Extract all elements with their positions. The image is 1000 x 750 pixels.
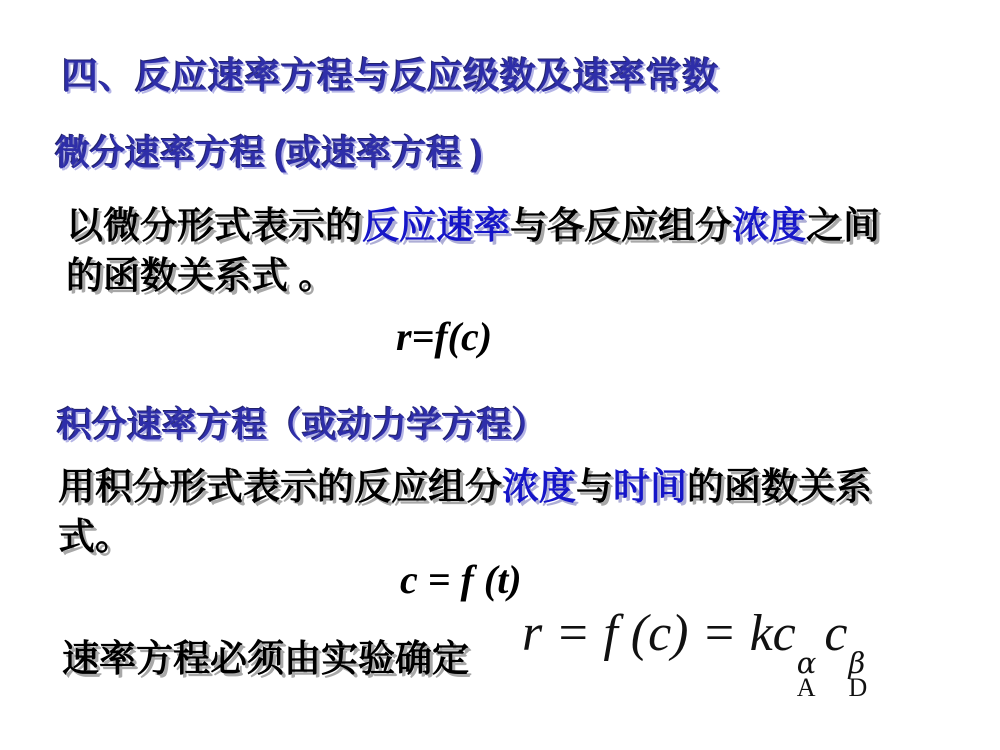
text-segment: 以微分形式表示的	[66, 205, 362, 246]
definition-line-2: 式。	[58, 512, 872, 562]
definition-line-2: 的函数关系式 。	[66, 251, 880, 301]
text-segment: 用积分形式表示的反应组分	[58, 466, 502, 507]
integral-rate-equation-definition: 用积分形式表示的反应组分浓度与时间的函数关系 式。	[58, 462, 872, 562]
beta-superscript: β	[848, 651, 867, 676]
emphasis-reaction-rate: 反应速率	[362, 205, 510, 246]
text-segment: 与各反应组分	[510, 205, 732, 246]
text-segment: 的函数关系式 。	[66, 255, 335, 296]
subscript-A: A	[797, 677, 817, 699]
text-segment: 式。	[58, 516, 132, 557]
definition-line-1: 以微分形式表示的反应速率与各反应组分浓度之间	[66, 201, 880, 251]
integral-rate-equation-heading: 积分速率方程（或动力学方程）	[57, 398, 547, 448]
text-segment: 的函数关系	[687, 466, 872, 507]
definition-line-1: 用积分形式表示的反应组分浓度与时间的函数关系	[58, 462, 872, 512]
rate-law-c1-scripts: αA	[797, 651, 817, 699]
subscript-D: D	[848, 677, 867, 699]
differential-rate-equation-definition: 以微分形式表示的反应速率与各反应组分浓度之间 的函数关系式 。	[66, 201, 880, 301]
rate-law-c2-base: c	[824, 605, 847, 662]
rate-law-lead: r = f (c) = k	[522, 605, 773, 662]
emphasis-time: 时间	[613, 466, 687, 507]
rate-law-c2-scripts: βD	[848, 651, 867, 699]
alpha-superscript: α	[797, 651, 817, 676]
emphasis-concentration: 浓度	[502, 466, 576, 507]
integral-rate-formula: c = f (t)	[400, 556, 522, 603]
rate-law-formula: r = f (c) = kcαAcβD	[522, 604, 875, 699]
slide-title: 四、反应速率方程与反应级数及速率常数	[62, 48, 719, 99]
text-segment: 之间	[806, 205, 880, 246]
differential-rate-equation-heading: 微分速率方程 (或速率方程 )	[55, 126, 483, 176]
differential-rate-formula: r=f(c)	[396, 313, 492, 360]
slide-canvas: 四、反应速率方程与反应级数及速率常数 微分速率方程 (或速率方程 ) 以微分形式…	[0, 0, 1000, 750]
text-segment: 与	[576, 466, 613, 507]
emphasis-concentration: 浓度	[732, 205, 806, 246]
rate-law-c1-base: c	[773, 605, 796, 662]
experimental-determination-statement: 速率方程必须由实验确定	[62, 634, 469, 684]
